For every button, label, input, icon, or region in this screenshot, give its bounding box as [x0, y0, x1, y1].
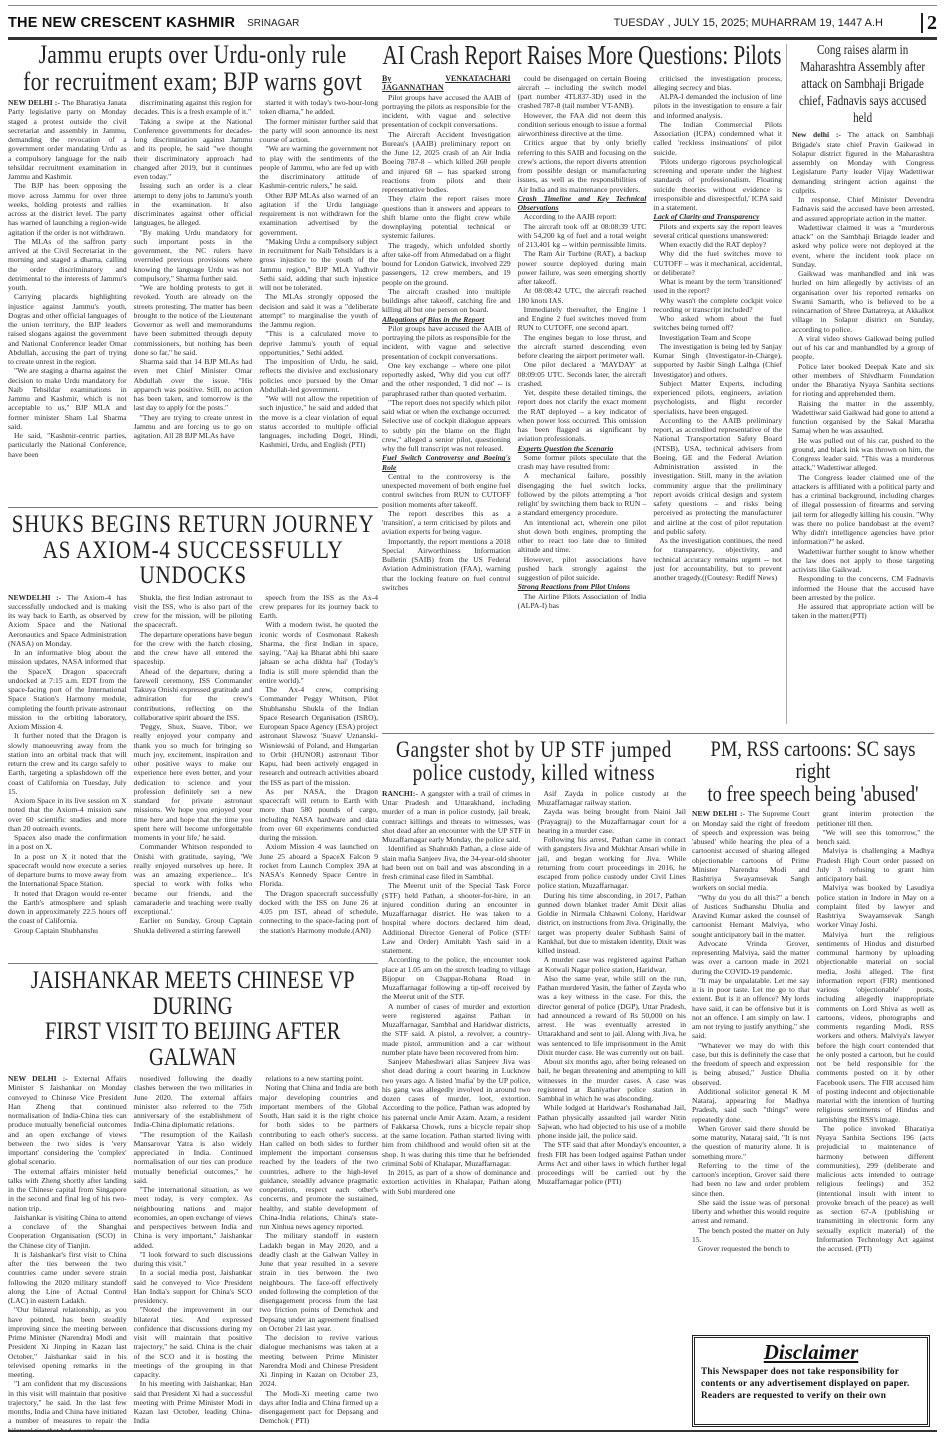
gangster-body: RANCHI:- A gangster with a trail of crim… [382, 789, 686, 1196]
headline-gangster: Gangster shot by UP STF jumped police cu… [382, 738, 686, 785]
paragraph: What is meant by the term 'transitioned'… [653, 277, 782, 296]
jammu-col-2: discriminating against this region for d… [134, 98, 253, 459]
disclaimer-text: This Newspaper does not take responsibil… [701, 1366, 921, 1402]
headline-cartoons: PM, RSS cartoons: SC says right to free … [692, 738, 934, 805]
paragraph: The Aircraft Accident Investigation Bure… [382, 130, 511, 195]
subheading: Crash Timeline and Key Technical Observa… [518, 194, 647, 213]
ai-crash-col-3: criticised the investigation process, al… [653, 74, 782, 611]
paragraph: "Our bilateral relationship, as you have… [8, 1305, 127, 1379]
dateline: NEW DELHI :- [692, 809, 748, 818]
paragraph: The tragedy, which unfolded shortly afte… [382, 241, 511, 287]
paragraph: Raising the matter in the assembly, Wade… [792, 399, 934, 436]
paragraph: The aircraft crashed into multiple build… [382, 287, 511, 315]
paragraph: New delhi :- The attack on Sambhaji Brig… [792, 130, 934, 195]
paragraph: Wadettiwar further sought to know whethe… [792, 547, 934, 575]
paragraph: The Congress leader claimed one of the a… [792, 473, 934, 547]
shuks-col-2: Shukla, the first Indian astronaut to vi… [134, 593, 253, 935]
section-rule [382, 733, 934, 734]
paragraph: In response, Chief Minister Devendra Fad… [792, 195, 934, 223]
paragraph: When exactly did the RAT deploy? [653, 240, 782, 249]
paragraph: At 08:08:42 UTC, the aircraft reached 18… [518, 286, 647, 305]
paragraph: In a post on X it noted that the spacecr… [8, 852, 127, 889]
paragraph: could be disengaged on certain Boeing ai… [518, 74, 647, 111]
paragraph: The MLAs of the saffron party arrived at… [8, 237, 127, 293]
paragraph: The Airline Pilots Association of India … [518, 592, 647, 611]
paragraph: Gaikwad was manhandled and ink was hurle… [792, 269, 934, 334]
paragraph: As per NASA, the Dragon spacecraft will … [259, 787, 378, 843]
paragraph: One key exchange – where one pilot repor… [382, 361, 511, 398]
ai-crash-col-2: could be disengaged on certain Boeing ai… [518, 74, 647, 611]
paragraph: Noting that China and India are both maj… [259, 1083, 378, 1231]
paragraph: The Ram Air Turbine (RAT), a backup powe… [518, 249, 647, 286]
paragraph: Wadettiwar claimed it was a "murderous a… [792, 223, 934, 269]
paragraph: Grover requested the bench to [692, 1244, 810, 1253]
paragraph: Sharma said that 14 BJP MLAs had even me… [134, 357, 253, 413]
dateline: New delhi :- [792, 130, 848, 139]
paragraph: "I am confident that my discussions in t… [8, 1379, 127, 1430]
paragraph: "Noted the improvement in our bilateral … [134, 1305, 253, 1379]
paragraph: Asif Zayda in police custody at the Muza… [538, 789, 687, 808]
city-label: SRINAGAR [247, 18, 299, 29]
paragraph: Group Captain Shubhanshu [8, 926, 127, 935]
section-rule [8, 963, 378, 964]
article-ai-crash: AI Crash Report Raises More Questions: P… [382, 42, 782, 726]
paragraph: "They are trying to create unrest in Jam… [134, 413, 253, 441]
dateline: NEW DELHI :- [8, 98, 62, 107]
paragraph: Malviya hurt the religious sentiments of… [817, 930, 935, 1124]
article-cong: Cong raises alarm in Maharashtra Assembl… [792, 42, 934, 726]
paragraph: He was pulled out of his car, pushed to … [792, 436, 934, 473]
top-rule [8, 5, 937, 6]
headline-cong: Cong raises alarm in Maharashtra Assembl… [792, 42, 934, 126]
paragraph: Ahead of the departure, during a farewel… [134, 667, 253, 723]
paragraph: Following his arrest, Pathan came in con… [538, 835, 687, 891]
paragraph: Who asked whom about the fuel switches b… [653, 314, 782, 333]
paragraph: Malviya is challenging a Madhya Pradesh … [817, 846, 935, 883]
paragraph: However, pilot associations have pushed … [518, 555, 647, 583]
paragraph: In an informative blog about the mission… [8, 648, 127, 731]
paragraph: A murder case was registered against Pat… [538, 955, 687, 974]
paragraph: Some former pilots speculate that the cr… [518, 453, 647, 472]
paragraph: Immediately thereafter, the Engine 1 and… [518, 305, 647, 333]
paragraph: criticised the investigation process, al… [653, 74, 782, 93]
paragraph: A number of cases of murder and extortio… [382, 1002, 531, 1058]
paragraph: Issuing such an order is a clear attempt… [134, 181, 253, 227]
bottom-rule [8, 1430, 937, 1432]
paragraph: While lodged at Haridwar's Roshanabad Ja… [538, 1103, 687, 1140]
jaishankar-col-3: relations to a new starting point.Noting… [259, 1074, 378, 1430]
paragraph: ALPA-I demanded the inclusion of line pi… [653, 92, 782, 120]
paragraph: Subject Matter Experts, including experi… [653, 379, 782, 416]
section-rule [8, 507, 378, 508]
subheading: Allegations of Bias in the Report [382, 315, 511, 324]
cartoons-body: NEW DELHI :- The Supreme Court on Monday… [692, 809, 934, 1253]
paragraph: They claim the report raises more questi… [382, 194, 511, 240]
paragraph: "The report does not specify which pilot… [382, 398, 511, 454]
paragraph: Carrying placards highlighting injustice… [8, 292, 127, 366]
jammu-body: NEW DELHI :- The Bharatiya Janata Party … [8, 98, 378, 459]
paragraph: "I look forward to such discussions duri… [134, 1250, 253, 1269]
paragraph: NEW DELHI :- The Bharatiya Janata Party … [8, 98, 127, 181]
paragraph: Axiom Mission 4 was launched on June 25 … [259, 842, 378, 888]
paragraph: However, the FAA did not deem this condi… [518, 111, 647, 139]
paragraph: She said the issue was of personal liber… [692, 1198, 810, 1226]
headline-jaishankar: JAISHANKAR MEETS CHINESE VP DURING FIRST… [8, 968, 378, 1070]
article-jammu: Jammu erupts over Urdu-only rule for rec… [8, 42, 378, 504]
jaishankar-col-1: NEW DELHI :- External Affairs Minister S… [8, 1074, 127, 1430]
paragraph: NEW DELHI :- The Supreme Court on Monday… [692, 809, 810, 892]
paragraph: During his time absconding, in 2017, Pat… [538, 891, 687, 956]
paragraph: The Ax-4 crew, comprising Commander Pegg… [259, 685, 378, 787]
shuks-body: NEWDELHI :- The Axiom-4 has successfully… [8, 593, 378, 935]
paragraph: The Dragon spacecraft successfully docke… [259, 889, 378, 935]
paragraph: The investigation is being led by Sanjay… [653, 342, 782, 379]
paragraph: The report describes this as a 'transiti… [382, 509, 511, 537]
paragraph: Why wasn't the complete cockpit voice re… [653, 296, 782, 315]
paragraph: "Why do you do all this?" a bench of Jus… [692, 893, 810, 939]
paragraph: Shukla, the first Indian astronaut to vi… [134, 593, 253, 630]
paragraph: The external affairs minister held talks… [8, 1167, 127, 1213]
paragraph: Sanjeev Maheshwari alias Sanjeev Jiva wa… [382, 1057, 531, 1168]
subheading: Experts Question the Scenario [518, 444, 647, 453]
paragraph: The police invoked Bharatiya Nyaya Sanhi… [817, 1124, 935, 1254]
paragraph: When Grover said there should be some ma… [692, 1124, 810, 1161]
headline-ai-crash: AI Crash Report Raises More Questions: P… [382, 42, 781, 70]
paragraph: RANCHI:- A gangster with a trail of crim… [382, 789, 531, 845]
paragraph: Earlier on Sunday, Group Captain Shukla … [134, 916, 253, 935]
cartoons-col-2: grant interim protection the petitioner … [817, 809, 935, 1253]
paragraph: Also the same year, while still on the r… [538, 974, 687, 1057]
paragraph: nosedived following the deadly clashes b… [134, 1074, 253, 1130]
headline-shuks: SHUKS BEGINS RETURN JOURNEY AS AXIOM-4 S… [8, 512, 378, 589]
paragraph: Police later booked Deepak Kate and six … [792, 362, 934, 399]
paragraph: The engines began to lose thrust, and th… [518, 333, 647, 361]
paragraph: started it with today's two-hour-long to… [259, 98, 378, 117]
article-gangster: Gangster shot by UP STF jumped police cu… [382, 738, 686, 1430]
paragraph: "We are holding protests to get it revok… [134, 283, 253, 357]
paragraph: Spacex also made the confirmation in a p… [8, 833, 127, 852]
paragraph: Yet, despite these detailed timings, the… [518, 388, 647, 444]
paragraph: The MLAs strongly opposed the decision a… [259, 292, 378, 329]
paragraph: The military standoff in eastern Ladakh … [259, 1231, 378, 1333]
paragraph: 'Pilots undergo rigorous psychological s… [653, 157, 782, 213]
gangster-col-2: Asif Zayda in police custody at the Muza… [538, 789, 687, 1196]
paragraph: "We will not allow the repetition of suc… [259, 394, 378, 450]
ai-crash-body: By VENKATACHARI JAGANNATHAN Pilot groups… [382, 74, 782, 611]
paragraph: In a social media post, Jaishankar said … [134, 1268, 253, 1305]
paragraph: According to the police, the encounter t… [382, 955, 531, 1001]
paragraph: The former minister further said that th… [259, 117, 378, 145]
paragraph: He said, "Kashmir-centric parties, parti… [8, 431, 127, 459]
subheading: Fuel Switch Controversy and Boeing's Rol… [382, 453, 511, 472]
jaishankar-body: NEW DELHI :- External Affairs Minister S… [8, 1074, 378, 1430]
paragraph: The imposition of Urdu, he said, reflect… [259, 357, 378, 394]
paragraph: Malviya was booked by Lasudiya police st… [817, 883, 935, 929]
shuks-col-1: NEWDELHI :- The Axiom-4 has successfully… [8, 593, 127, 935]
paragraph: The Meerut unit of the Special Task Forc… [382, 881, 531, 955]
paragraph: In 2015, as part of a show of dominance … [382, 1168, 531, 1196]
article-jaishankar: JAISHANKAR MEETS CHINESE VP DURING FIRST… [8, 968, 378, 1430]
paragraph: 'Peggy, Shux, Suave, Tibor, we really en… [134, 722, 253, 842]
paragraph: Commander Whitson responded to Onishi wi… [134, 842, 253, 916]
paragraph: It further noted that the Dragon is slow… [8, 731, 127, 796]
paragraph: The departure operations have begun for … [134, 630, 253, 667]
paragraph: It is Jaishankar's first visit to China … [8, 1250, 127, 1306]
paragraph: relations to a new starting point. [259, 1074, 378, 1083]
paragraph: Additional solicitor general K M Nataraj… [692, 1087, 810, 1124]
paragraph: "It may be unpalatable. Let me say it is… [692, 976, 810, 1041]
paragraph: NEW DELHI :- External Affairs Minister S… [8, 1074, 127, 1167]
masthead: THE NEW CRESCENT KASHMIR SRINAGAR TUESDA… [8, 10, 937, 36]
paragraph: Importantly, the report mentions a 2018 … [382, 537, 511, 593]
paragraph: The aircraft took off at 08:08:39 UTC wi… [518, 222, 647, 250]
paragraph: Why did the fuel switches move to CUTOFF… [653, 249, 782, 277]
paragraph: An intentional act, wherein one pilot sh… [518, 518, 647, 555]
subheading: Strong Reactions from Pilot Unions [518, 582, 647, 591]
article-shuks: SHUKS BEGINS RETURN JOURNEY AS AXIOM-4 S… [8, 512, 378, 954]
article-cartoons: PM, RSS cartoons: SC says right to free … [692, 738, 934, 1332]
jammu-col-3: started it with today's two-hour-long to… [259, 98, 378, 459]
paragraph: "Whatever we may do with this case, but … [692, 1041, 810, 1087]
shuks-col-3: speech from the ISS as the Ax-4 crew pre… [259, 593, 378, 935]
paragraph: Pilots and experts say the report leaves… [653, 222, 782, 241]
paragraph: Taking a swipe at the National Conferenc… [134, 117, 253, 182]
paragraph: NEWDELHI :- The Axiom-4 has successfully… [8, 593, 127, 649]
paragraph: A viral video shows Gaikwad being pulled… [792, 334, 934, 362]
paragraph: Pilot groups have accused the AAIB of po… [382, 324, 511, 361]
paragraph: The STF said that after Monday's encount… [538, 1140, 687, 1186]
column-divider [786, 44, 787, 724]
paragraph: "By making Urdu mandatory for such impor… [134, 228, 253, 284]
dateline: NEW DELHI :- [8, 1074, 74, 1083]
paragraph: "The international situation, as we meet… [134, 1185, 253, 1250]
gangster-col-1: RANCHI:- A gangster with a trail of crim… [382, 789, 531, 1196]
byline: By VENKATACHARI [382, 74, 511, 84]
paragraph: He assured that appropriate action will … [792, 602, 934, 621]
paragraph: Critics argue that by only briefly refer… [518, 138, 647, 194]
paragraph: It noted that Dragon would re-enter the … [8, 889, 127, 926]
paragraph: "We will see this tomorrow," the bench s… [817, 828, 935, 847]
paragraph: Advocate Vrinda Grover, representing Mal… [692, 939, 810, 976]
paragraph: discriminating against this region for d… [134, 98, 253, 117]
paragraph: One pilot declared a 'MAYDAY' at 08:09:0… [518, 360, 647, 388]
paragraph: The Modi-Xi meeting came two days after … [259, 1389, 378, 1426]
paragraph: Axiom Space in its live session on X not… [8, 796, 127, 833]
paper-name: THE NEW CRESCENT KASHMIR [8, 15, 235, 31]
paragraph: grant interim protection the petitioner … [817, 809, 935, 828]
paragraph: As the investigation continues, the need… [653, 536, 782, 582]
paragraph: According to the AAIB report: [518, 212, 647, 221]
paragraph: "The resumption of the Kailash Mansarova… [134, 1130, 253, 1186]
dateline: RANCHI:- [382, 789, 420, 798]
paragraph: About six months ago, after being releas… [538, 1057, 687, 1103]
disclaimer-box: Disclaimer This Newspaper does not take … [692, 1335, 930, 1427]
headline-jammu: Jammu erupts over Urdu-only rule for rec… [8, 42, 378, 95]
cartoons-col-1: NEW DELHI :- The Supreme Court on Monday… [692, 809, 810, 1253]
ai-crash-col-1: By VENKATACHARI JAGANNATHAN Pilot groups… [382, 74, 511, 611]
paragraph: "Making Urdu a compulsory subject in rec… [259, 237, 378, 293]
dateline: NEWDELHI :- [8, 593, 67, 602]
cong-body: New delhi :- The attack on Sambhaji Brig… [792, 130, 934, 620]
paragraph: With a modern twist, he quoted the iconi… [259, 620, 378, 685]
paragraph: Other BJP MLAs also warned of an agitati… [259, 191, 378, 237]
paragraph: The decision to revive various dialogue … [259, 1333, 378, 1389]
paragraph: "We are warning the government not to pl… [259, 144, 378, 190]
paragraph: Investigation Team and Scope [653, 333, 782, 342]
paragraph: In his meeting with Jaishankar, Han said… [134, 1379, 253, 1425]
jaishankar-col-2: nosedived following the deadly clashes b… [134, 1074, 253, 1430]
paragraph: The Indian Commercial Pilots Association… [653, 120, 782, 157]
paragraph: A mechanical failure, possibly disengagi… [518, 471, 647, 517]
paragraph: According to the AAIB preliminary report… [653, 416, 782, 536]
paragraph: The BJP has been opposing the move acros… [8, 181, 127, 237]
paragraph: Jaishankar is visiting China to attend a… [8, 1213, 127, 1250]
paragraph: Referring to the time of the cartoon's i… [692, 1161, 810, 1198]
masthead-rule [8, 37, 937, 40]
paragraph: Central to the controversy is the unexpe… [382, 472, 511, 509]
paragraph: "We are staging a dharna against the dec… [8, 366, 127, 431]
paragraph: Responding to the concerns, CM Fadnavis … [792, 574, 934, 602]
byline-name: JAGANNATHAN [382, 83, 511, 93]
jammu-col-1: NEW DELHI :- The Bharatiya Janata Party … [8, 98, 127, 459]
paragraph: speech from the ISS as the Ax-4 crew pre… [259, 593, 378, 621]
paragraph: Zayda was being brought from Naini Jail … [538, 807, 687, 835]
disclaimer-title: Disclaimer [701, 1341, 921, 1364]
paragraph: "This is a calculated move to deprive Ja… [259, 329, 378, 357]
paragraph: Identified as Shahrukh Pathan, a close a… [382, 844, 531, 881]
page-number: 2 [921, 13, 937, 33]
paragraph: Pilot groups have accused the AAIB of po… [382, 93, 511, 130]
subheading: Lack of Clarity and Transparency [653, 212, 782, 221]
issue-date: TUESDAY , JULY 15, 2025; MUHARRAM 19, 14… [614, 17, 883, 29]
paragraph: The bench posted the matter on July 15. [692, 1226, 810, 1245]
